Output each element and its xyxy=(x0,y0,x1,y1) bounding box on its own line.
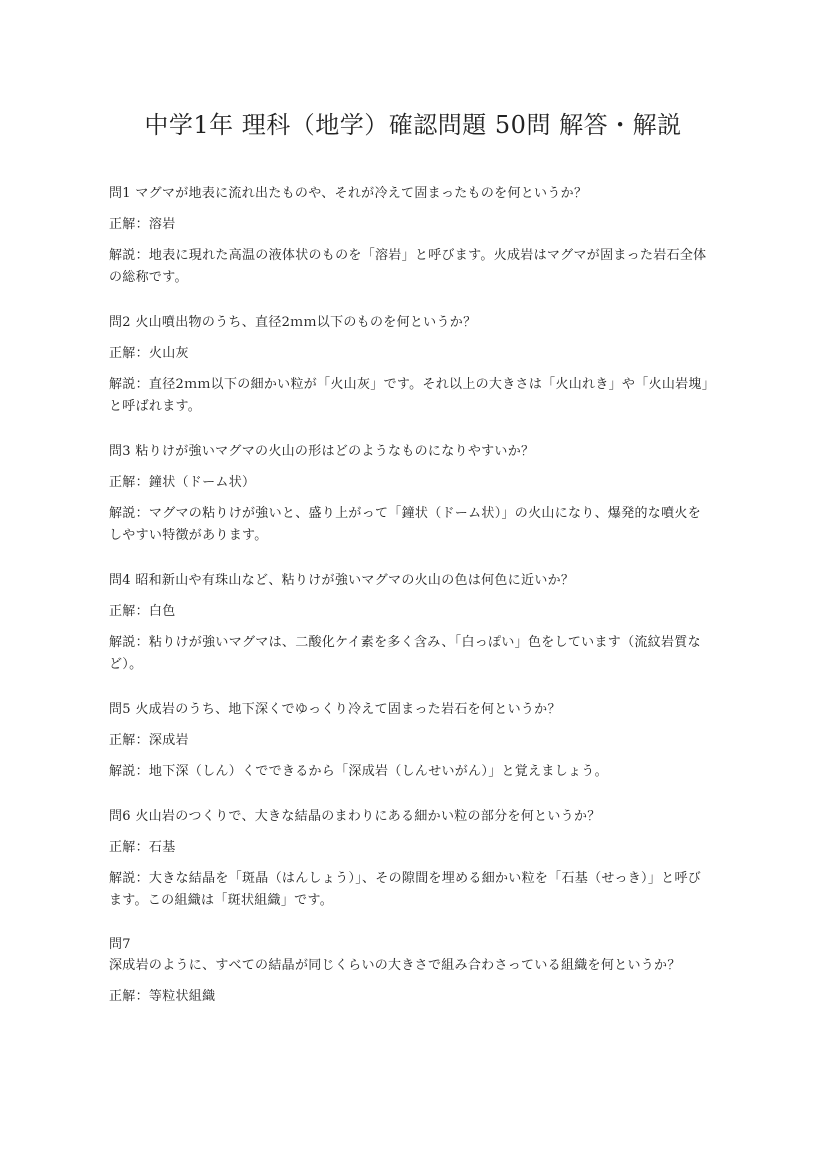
question-text: 問1 マグマが地表に流れ出たものや、それが冷えて固まったものを何というか？ xyxy=(109,183,713,205)
explanation-label: 解説： xyxy=(109,377,149,392)
question-item: 問2 火山噴出物のうち、直径2ｍｍ以下のものを何というか？ 正解：火山灰 解説：… xyxy=(109,312,713,418)
answer-label: 正解： xyxy=(109,217,149,232)
question-body: 火山岩のつくりで、大きな結晶のまわりにある細かい粒の部分を何というか？ xyxy=(135,809,600,824)
explanation-text: 大きな結晶を「斑晶（はんしょう）」、その隙間を埋める細かい粒を「石基（せっき）」… xyxy=(109,871,701,908)
answer-line: 正解：火山灰 xyxy=(109,343,713,365)
document-title: 中学1年 理科（地学）確認問題 50問 解答・解説 xyxy=(0,108,826,142)
explanation-line: 解説：地下深（しん）くでできるから「深成岩（しんせいがん）」と覚えましょう。 xyxy=(109,761,713,783)
answer-line: 正解：深成岩 xyxy=(109,730,713,752)
question-body: マグマが地表に流れ出たものや、それが冷えて固まったものを何というか？ xyxy=(135,186,587,201)
question-item: 問7深成岩のように、すべての結晶が同じくらいの大きさで組み合わさっている組織を何… xyxy=(109,935,713,1008)
question-item: 問3 粘りけが強いマグマの火山の形はどのようなものになりやすいか？ 正解：鐘状（… xyxy=(109,441,713,547)
answer-line: 正解：溶岩 xyxy=(109,214,713,236)
answer-line: 正解：石基 xyxy=(109,837,713,859)
question-number: 問3 xyxy=(109,444,131,459)
question-list: 問1 マグマが地表に流れ出たものや、それが冷えて固まったものを何というか？ 正解… xyxy=(109,183,713,1031)
answer-label: 正解： xyxy=(109,604,149,619)
answer-label: 正解： xyxy=(109,733,149,748)
question-item: 問4 昭和新山や有珠山など、粘りけが強いマグマの火山の色は何色に近いか？ 正解：… xyxy=(109,570,713,676)
question-number: 問7 xyxy=(109,935,713,955)
answer-label: 正解： xyxy=(109,346,149,361)
question-body: 粘りけが強いマグマの火山の形はどのようなものになりやすいか？ xyxy=(135,444,534,459)
question-item: 問1 マグマが地表に流れ出たものや、それが冷えて固まったものを何というか？ 正解… xyxy=(109,183,713,289)
explanation-line: 解説：マグマの粘りけが強いと、盛り上がって「鐘状（ドーム状）」の火山になり、爆発… xyxy=(109,503,713,547)
answer-value: 鐘状（ドーム状） xyxy=(149,475,255,490)
answer-label: 正解： xyxy=(109,989,149,1004)
answer-value: 溶岩 xyxy=(149,217,176,232)
question-text: 問7深成岩のように、すべての結晶が同じくらいの大きさで組み合わさっている組織を何… xyxy=(109,935,713,977)
answer-line: 正解：白色 xyxy=(109,601,713,623)
explanation-line: 解説：直径2ｍｍ以下の細かい粒が「火山灰」です。それ以上の大きさは「火山れき」や… xyxy=(109,374,713,418)
explanation-label: 解説： xyxy=(109,248,149,263)
question-text: 問6 火山岩のつくりで、大きな結晶のまわりにある細かい粒の部分を何というか？ xyxy=(109,806,713,828)
question-number: 問6 xyxy=(109,809,131,824)
question-text: 問3 粘りけが強いマグマの火山の形はどのようなものになりやすいか？ xyxy=(109,441,713,463)
explanation-label: 解説： xyxy=(109,635,149,650)
answer-label: 正解： xyxy=(109,475,149,490)
explanation-label: 解説： xyxy=(109,506,149,521)
question-number: 問1 xyxy=(109,186,131,201)
answer-value: 深成岩 xyxy=(149,733,189,748)
question-body: 火成岩のうち、地下深くでゆっくり冷えて固まった岩石を何というか？ xyxy=(135,702,560,717)
question-body: 深成岩のように、すべての結晶が同じくらいの大きさで組み合わさっている組織を何とい… xyxy=(109,958,681,973)
explanation-label: 解説： xyxy=(109,764,149,779)
question-item: 問6 火山岩のつくりで、大きな結晶のまわりにある細かい粒の部分を何というか？ 正… xyxy=(109,806,713,912)
explanation-label: 解説： xyxy=(109,871,149,886)
answer-value: 白色 xyxy=(149,604,176,619)
explanation-text: 地下深（しん）くでできるから「深成岩（しんせいがん）」と覚えましょう。 xyxy=(149,764,608,779)
question-number: 問4 xyxy=(109,573,131,588)
answer-label: 正解： xyxy=(109,840,149,855)
document-page: 中学1年 理科（地学）確認問題 50問 解答・解説 問1 マグマが地表に流れ出た… xyxy=(0,0,826,1169)
answer-value: 石基 xyxy=(149,840,176,855)
question-body: 昭和新山や有珠山など、粘りけが強いマグマの火山の色は何色に近いか？ xyxy=(135,573,574,588)
explanation-text: 直径2ｍｍ以下の細かい粒が「火山灰」です。それ以上の大きさは「火山れき」や「火山… xyxy=(109,377,709,414)
answer-value: 等粒状組織 xyxy=(149,989,216,1004)
question-item: 問5 火成岩のうち、地下深くでゆっくり冷えて固まった岩石を何というか？ 正解：深… xyxy=(109,699,713,783)
answer-line: 正解：鐘状（ドーム状） xyxy=(109,472,713,494)
explanation-line: 解説：粘りけが強いマグマは、二酸化ケイ素を多く含み、「白っぽい」色をしています（… xyxy=(109,632,713,676)
answer-line: 正解：等粒状組織 xyxy=(109,986,713,1008)
question-text: 問5 火成岩のうち、地下深くでゆっくり冷えて固まった岩石を何というか？ xyxy=(109,699,713,721)
explanation-text: マグマの粘りけが強いと、盛り上がって「鐘状（ドーム状）」の火山になり、爆発的な噴… xyxy=(109,506,701,543)
explanation-text: 地表に現れた高温の液体状のものを「溶岩」と呼びます。火成岩はマグマが固まった岩石… xyxy=(109,248,706,285)
explanation-line: 解説：大きな結晶を「斑晶（はんしょう）」、その隙間を埋める細かい粒を「石基（せっ… xyxy=(109,868,713,912)
explanation-text: 粘りけが強いマグマは、二酸化ケイ素を多く含み、「白っぽい」色をしています（流紋岩… xyxy=(109,635,701,672)
question-number: 問2 xyxy=(109,315,131,330)
explanation-line: 解説：地表に現れた高温の液体状のものを「溶岩」と呼びます。火成岩はマグマが固まっ… xyxy=(109,245,713,289)
question-number: 問5 xyxy=(109,702,131,717)
answer-value: 火山灰 xyxy=(149,346,189,361)
question-body: 火山噴出物のうち、直径2ｍｍ以下のものを何というか？ xyxy=(135,315,476,330)
question-text: 問2 火山噴出物のうち、直径2ｍｍ以下のものを何というか？ xyxy=(109,312,713,334)
question-text: 問4 昭和新山や有珠山など、粘りけが強いマグマの火山の色は何色に近いか？ xyxy=(109,570,713,592)
